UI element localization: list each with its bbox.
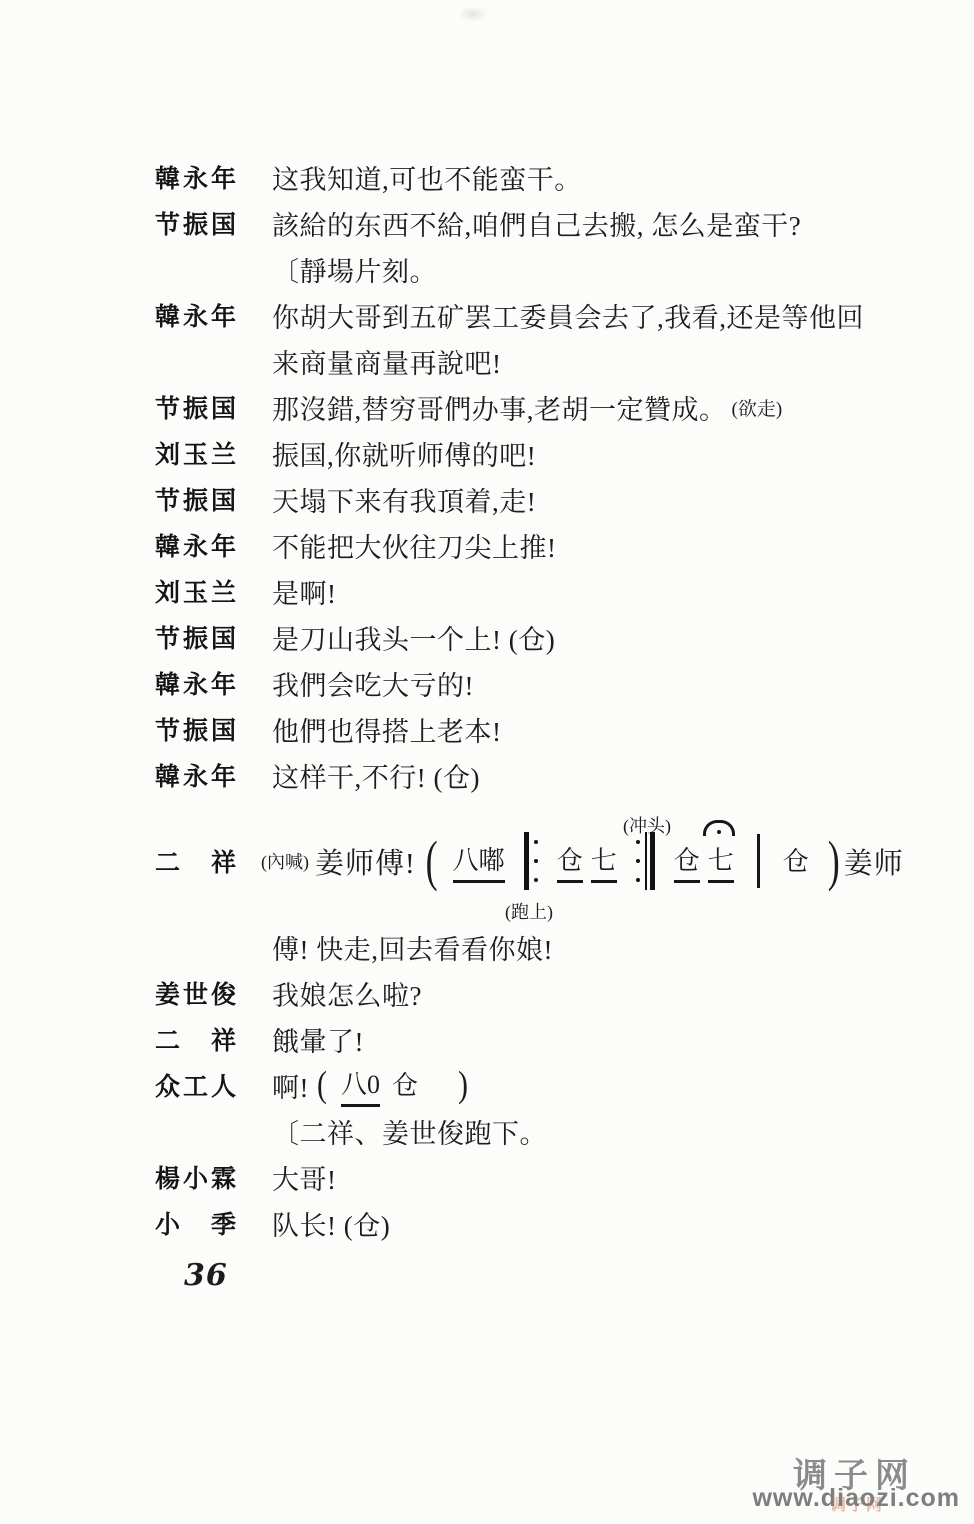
stage-entrance-label: (跑上)	[505, 898, 553, 924]
dialogue-row: 姜世俊 我娘怎么啦?	[155, 970, 935, 1016]
percussion-syllable: 仓	[674, 840, 700, 883]
dialogue-row: 楊小霖 大哥!	[155, 1154, 935, 1200]
dialogue-text: 該給的东西不給,咱們自己去搬, 怎么是蛮干?	[272, 204, 801, 243]
percussion-cell: 仓 七	[674, 840, 734, 883]
dialogue-row: 刘玉兰 振国,你就听师傅的吧!	[155, 430, 935, 476]
notation-open-paren: (	[317, 1064, 327, 1107]
speaker-name: 刘玉兰	[155, 573, 241, 609]
scanned-script-page: 韓永年 这我知道,可也不能蛮干。 节振国 該給的东西不給,咱們自己去搬, 怎么是…	[0, 0, 974, 1524]
notation-close-paren: )	[458, 1064, 468, 1107]
speaker-name: 二 祥	[155, 843, 241, 879]
dialogue-text: 餓暈了!	[272, 1020, 364, 1059]
speaker-name: 韓永年	[155, 757, 241, 793]
dialogue-text: 他們也得搭上老本!	[272, 710, 502, 749]
percussion-cell: 仓	[783, 841, 809, 881]
dialogue-row: 小 季 队长! (仓)	[155, 1200, 935, 1246]
dialogue-text: 姜师傅!	[315, 841, 416, 882]
speaker-name: 刘玉兰	[155, 435, 241, 471]
dialogue-row: 韓永年 不能把大伙往刀尖上推!	[155, 522, 935, 568]
dialogue-text: 天塌下来有我頂着,走!	[272, 480, 536, 519]
speaker-name: 众工人	[155, 1067, 241, 1103]
speaker-name: 韓永年	[155, 159, 241, 195]
speaker-name: 节振国	[155, 481, 241, 517]
dialogue-row: 节振国 天塌下来有我頂着,走!	[155, 476, 935, 522]
dialogue-row-with-percussion: 众工人 啊! ( 八0 仓 )	[155, 1062, 935, 1108]
dialogue-continuation-row: 傅! 快走,回去看看你娘!	[155, 924, 935, 970]
speaker-name: 节振国	[155, 205, 241, 241]
stage-aside: (內喊)	[261, 848, 309, 874]
speaker-name: 二 祥	[155, 1021, 241, 1057]
single-barline-icon	[757, 834, 760, 888]
dialogue-row: 韓永年 这我知道,可也不能蛮干。	[155, 154, 935, 200]
speaker-name: 姜世俊	[155, 975, 241, 1011]
percussion-line-row: 二 祥 (內喊) 姜师傅! ( 八嘟 仓 七	[155, 828, 935, 894]
watermark-site-url: www.diaozi.com	[752, 1484, 960, 1513]
dialogue-text: 你胡大哥到五矿罢工委員会去了,我看,还是等他回	[272, 296, 864, 335]
dialogue-text: 啊!	[272, 1066, 309, 1105]
dialogue-row: 二 祥 餓暈了!	[155, 1016, 935, 1062]
stage-direction-text: 〔二祥、姜世俊跑下。	[272, 1112, 547, 1151]
dialogue-text: 来商量商量再說吧!	[272, 342, 502, 381]
dialogue-text: 那沒錯,替穷哥們办事,老胡一定贊成。	[272, 388, 727, 427]
repeat-start-barline-icon	[524, 832, 538, 890]
percussion-syllable: 仓	[392, 1065, 418, 1105]
speaker-name: 节振国	[155, 711, 241, 747]
dialogue-text: 大哥!	[272, 1158, 337, 1197]
dialogue-row: 韓永年 我們会吃大亏的!	[155, 660, 935, 706]
percussion-cell: 八嘟	[453, 840, 505, 883]
page-number: 36	[184, 1258, 228, 1293]
stage-direction-row: 〔二祥、姜世俊跑下。	[155, 1108, 935, 1154]
percussion-cell: 仓	[392, 1065, 418, 1105]
stage-direction-row: 〔靜場片刻。	[155, 246, 935, 292]
percussion-syllable: 八嘟	[453, 840, 505, 883]
speaker-name: 韓永年	[155, 297, 241, 333]
dialogue-text: 振国,你就听师傅的吧!	[272, 434, 536, 473]
dialogue-text: 这我知道,可也不能蛮干。	[272, 158, 582, 197]
dialogue-row: 韓永年 这样干,不行! (仓)	[155, 752, 935, 798]
notation-close-paren: )	[828, 828, 840, 893]
percussion-syllable: 仓	[783, 841, 809, 881]
dialogue-text: 我娘怎么啦?	[272, 974, 422, 1013]
dialogue-text: 傅! 快走,回去看看你娘!	[272, 928, 553, 967]
stage-note: (欲走)	[732, 394, 783, 421]
dialogue-row: 节振国 他們也得搭上老本!	[155, 706, 935, 752]
speaker-name: 节振国	[155, 389, 241, 425]
script-body: 韓永年 这我知道,可也不能蛮干。 节振国 該給的东西不給,咱們自己去搬, 怎么是…	[155, 154, 935, 1246]
fermata-icon	[703, 820, 735, 836]
percussion-syllable: 七	[591, 840, 617, 883]
percussion-syllable: 仓	[557, 840, 583, 883]
dialogue-continuation-row: 来商量商量再說吧!	[155, 338, 935, 384]
dialogue-text: 是啊!	[272, 572, 337, 611]
dialogue-row: 节振国 是刀山我头一个上! (仓)	[155, 614, 935, 660]
speaker-name: 韓永年	[155, 527, 241, 563]
speaker-name: 楊小霖	[155, 1159, 241, 1195]
dialogue-text: 是刀山我头一个上! (仓)	[272, 618, 555, 657]
speaker-name: 节振国	[155, 619, 241, 655]
percussion-syllable: 七	[708, 840, 734, 883]
dialogue-text: 这样干,不行! (仓)	[272, 756, 480, 795]
dialogue-text: 不能把大伙往刀尖上推!	[272, 526, 557, 565]
percussion-cell: 仓 七	[557, 840, 617, 883]
dialogue-text: 我們会吃大亏的!	[272, 664, 474, 703]
percussion-notation-block: (冲头) 二 祥 (內喊) 姜师傅! ( 八嘟 仓 七	[155, 798, 935, 924]
notation-open-paren: (	[426, 828, 438, 893]
speaker-name: 小 季	[155, 1205, 241, 1241]
dialogue-row: 刘玉兰 是啊!	[155, 568, 935, 614]
dialogue-text: 姜师	[844, 841, 904, 882]
percussion-cell: 八0	[341, 1064, 380, 1107]
dialogue-text: 队长! (仓)	[272, 1204, 390, 1243]
dialogue-row: 节振国 該給的东西不給,咱們自己去搬, 怎么是蛮干?	[155, 200, 935, 246]
dialogue-row: 节振国 那沒錯,替穷哥們办事,老胡一定贊成。 (欲走)	[155, 384, 935, 430]
percussion-syllable: 八0	[341, 1064, 380, 1107]
scan-smudge	[458, 6, 488, 22]
dialogue-row: 韓永年 你胡大哥到五矿罢工委員会去了,我看,还是等他回	[155, 292, 935, 338]
repeat-end-barline-icon	[636, 832, 655, 890]
speaker-name: 韓永年	[155, 665, 241, 701]
stage-direction-text: 〔靜場片刻。	[272, 250, 437, 289]
